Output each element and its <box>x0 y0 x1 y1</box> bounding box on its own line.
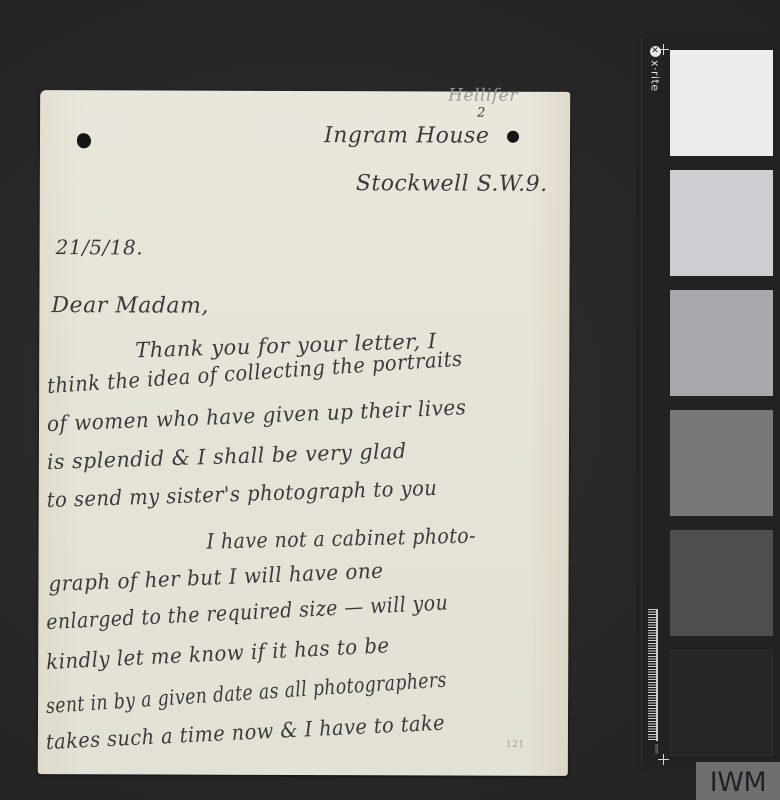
card-edge <box>641 38 642 762</box>
patch-light-gray <box>670 170 773 276</box>
body-line: takes such a time now & I have to take <box>45 711 445 754</box>
body-line: I have not a cabinet photo- <box>206 524 476 554</box>
patch-mid-gray <box>670 410 773 516</box>
iwm-watermark: IWM <box>696 762 780 800</box>
page-number: 2 <box>477 106 486 121</box>
body-line: graph of her but I will have one <box>48 559 384 596</box>
body-line: kindly let me know if it has to be <box>46 633 390 674</box>
address-line-2: Stockwell S.W.9. <box>356 171 548 197</box>
xrite-brand-text: x·rite <box>649 60 662 92</box>
color-checker-card: ✕ x·rite mm <box>636 32 780 772</box>
punch-hole-left <box>77 133 91 148</box>
patch-dark-gray <box>670 530 773 636</box>
mm-ruler <box>648 609 658 741</box>
letter-date: 21/5/18. <box>56 235 144 259</box>
body-line: to send my sister's photograph to you <box>46 476 437 512</box>
registration-crosshair-icon <box>658 44 669 55</box>
patch-black <box>670 650 773 756</box>
body-line: enlarged to the required size — will you <box>46 590 449 634</box>
body-line: sent in by a given date as all photograp… <box>45 668 447 719</box>
body-line: is splendid & I shall be very glad <box>47 439 407 474</box>
patch-white <box>670 50 773 156</box>
registration-crosshair-icon <box>658 754 669 765</box>
xrite-logo: ✕ x·rite <box>644 46 666 106</box>
document-scan: Hellifer 2 Ingram House Stockwell S.W.9.… <box>0 0 780 800</box>
patch-mid-light-gray <box>670 290 773 396</box>
body-line: of women who have given up their lives <box>47 395 467 436</box>
ruler-unit-label: mm <box>653 744 659 754</box>
letter-page: Hellifer 2 Ingram House Stockwell S.W.9.… <box>38 90 570 776</box>
salutation: Dear Madam, <box>51 293 209 319</box>
archive-pencil-note: Hellifer <box>448 86 518 106</box>
address-line-1: Ingram House <box>324 123 489 149</box>
punch-hole-right <box>507 131 519 143</box>
folio-mark: 121 <box>506 740 525 750</box>
